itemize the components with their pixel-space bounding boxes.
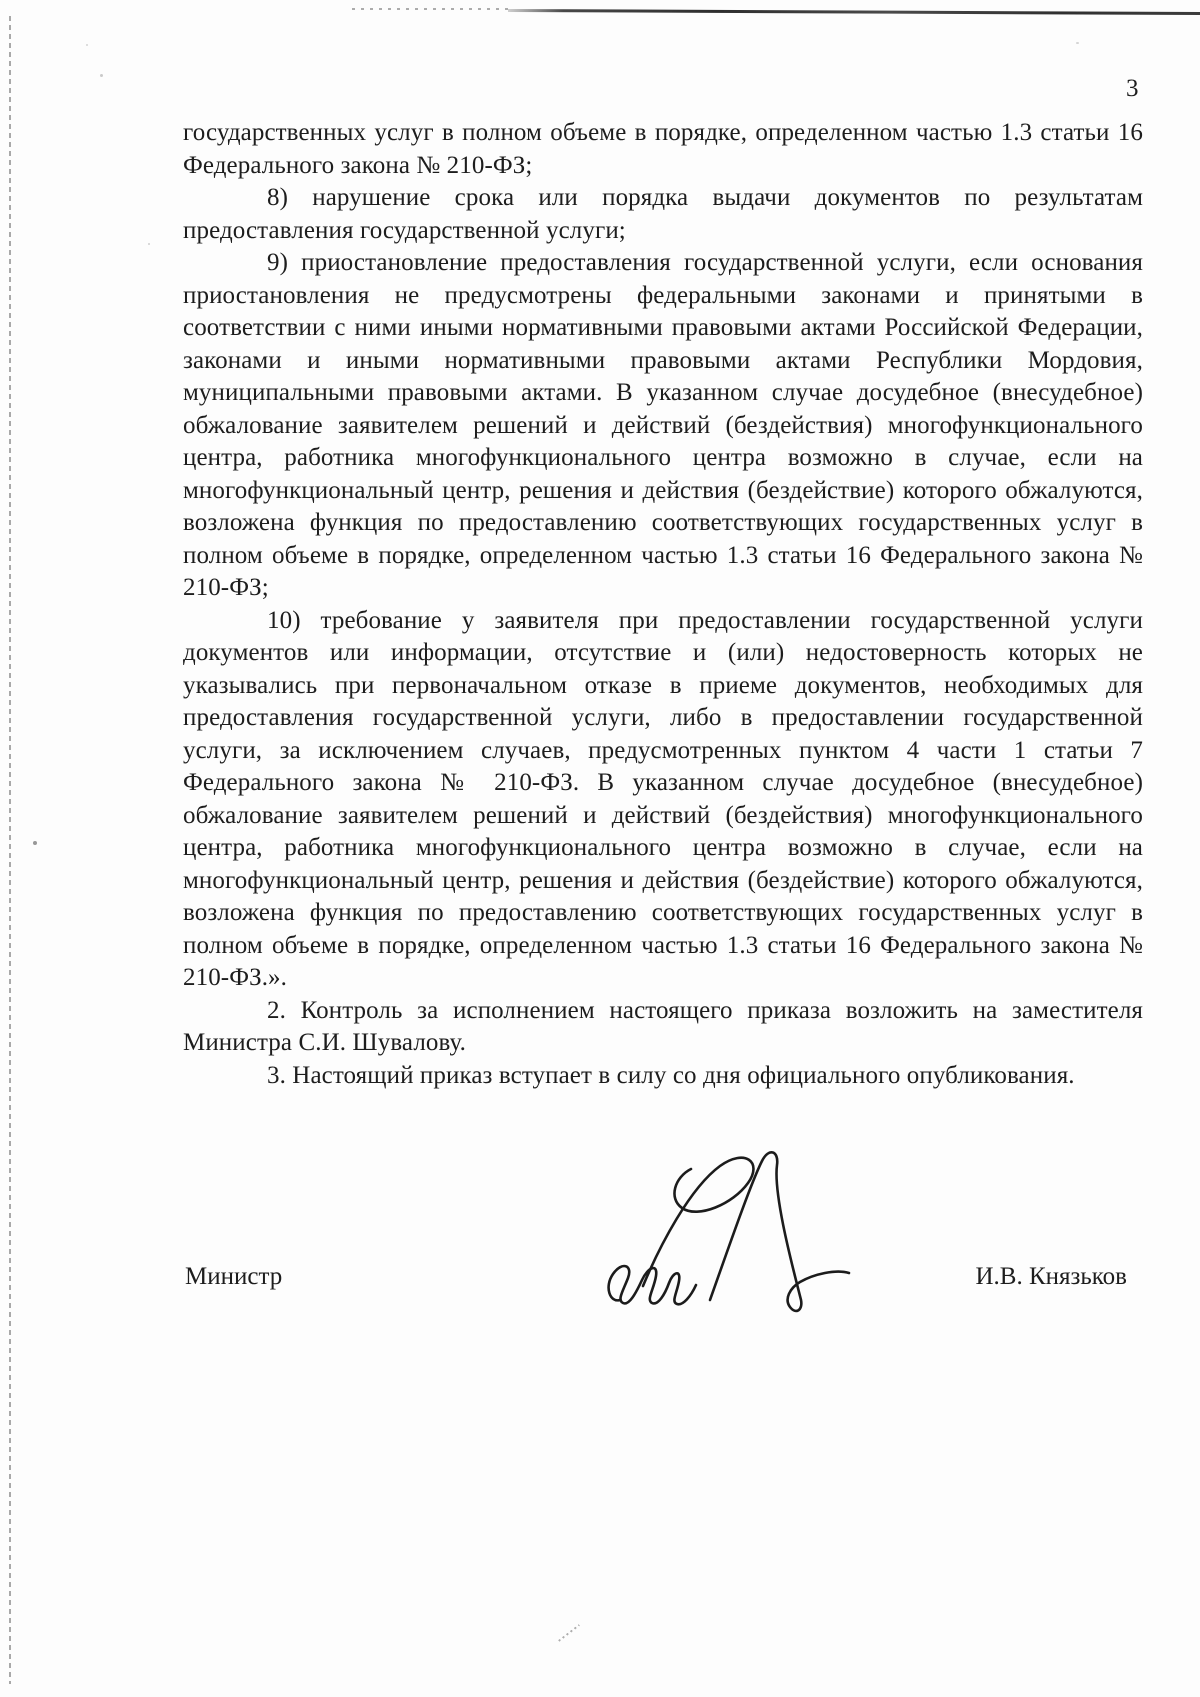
signoff-name: И.В. Князьков bbox=[976, 1262, 1128, 1292]
scan-scribble-artifact bbox=[558, 1624, 580, 1642]
paragraph-clause-2: 2. Контроль за исполнением настоящего пр… bbox=[183, 995, 1143, 1060]
paragraph-continuation: государственных услуг в полном объеме в … bbox=[183, 117, 1143, 182]
minister-signature-icon bbox=[598, 1150, 858, 1320]
scan-speckle bbox=[33, 841, 37, 845]
signoff-title: Министр bbox=[185, 1262, 282, 1292]
scan-artifact-top-dots bbox=[352, 8, 512, 10]
paragraph-clause-3: 3. Настоящий приказ вступает в силу со д… bbox=[183, 1060, 1143, 1093]
scanned-document-page: 3 государственных услуг в полном объеме … bbox=[0, 0, 1200, 1697]
paragraph-item-10: 10) требование у заявителя при предостав… bbox=[183, 605, 1143, 995]
paragraph-item-9: 9) приостановление предоставления госуда… bbox=[183, 247, 1143, 605]
page-number: 3 bbox=[1126, 74, 1139, 104]
scan-speckle bbox=[1076, 42, 1079, 44]
scan-artifact-top-edge bbox=[508, 9, 1200, 15]
paragraph-item-8: 8) нарушение срока или порядка выдачи до… bbox=[183, 182, 1143, 247]
scan-speckle bbox=[86, 44, 88, 46]
scan-speckle bbox=[100, 74, 103, 77]
scan-artifact-left-edge bbox=[9, 16, 11, 1684]
scan-speckle bbox=[148, 243, 150, 245]
document-body: государственных услуг в полном объеме в … bbox=[183, 117, 1143, 1092]
